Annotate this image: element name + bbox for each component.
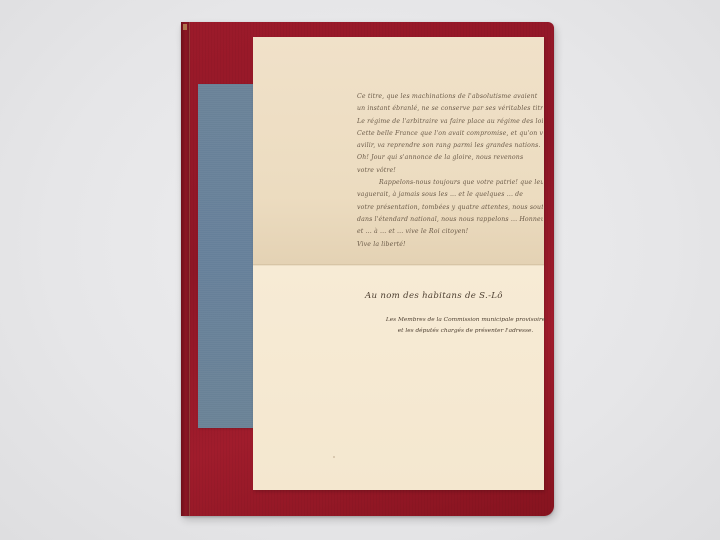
signature-line: et les députés chargés de présenter l'ad… — [383, 326, 548, 337]
letter-top-panel: Ce titre, que les machinations de l'abso… — [253, 37, 544, 264]
letter-line: et ... à ... et ... vive le Roi citoyen! — [357, 226, 543, 238]
letter-line: votre présentation, tombées y quatre att… — [357, 202, 543, 214]
letter-line: Oh! Jour qui s'annonce de la gloire, nou… — [357, 152, 543, 164]
letter-line: Ce titre, que les machinations de l'abso… — [357, 91, 543, 103]
letter-line: Le régime de l'arbitraire va faire place… — [357, 116, 543, 128]
book-spine-edge — [181, 22, 190, 516]
letter-line: Vive la liberté! — [357, 239, 543, 251]
letter-line: Rappelons-nous toujours que votre patrie… — [357, 177, 543, 189]
letter-body: Ce titre, que les machinations de l'abso… — [357, 91, 543, 251]
signature-line: Les Membres de la Commission municipale … — [383, 315, 548, 326]
blue-paper-insert — [198, 84, 260, 428]
letter-signature: Les Membres de la Commission municipale … — [383, 315, 548, 337]
book-corner-wear — [183, 24, 187, 30]
letter-line: vaguerait, à jamais sous les ... et le q… — [357, 189, 543, 201]
letter-address: Au nom des habitans de S.-Lô — [365, 291, 503, 301]
letter-line: Cette belle France que l'on avait compro… — [357, 128, 543, 140]
handwritten-letter: Ce titre, que les machinations de l'abso… — [253, 37, 544, 490]
letter-line: un instant ébranlé, ne se conserve par s… — [357, 103, 543, 115]
letter-line: dans l'étendard national, nous nous rapp… — [357, 214, 543, 226]
paper-speck — [333, 456, 335, 458]
letter-line: votre vôtre! — [357, 165, 543, 177]
letter-line: avilir, va reprendre son rang parmi les … — [357, 140, 543, 152]
